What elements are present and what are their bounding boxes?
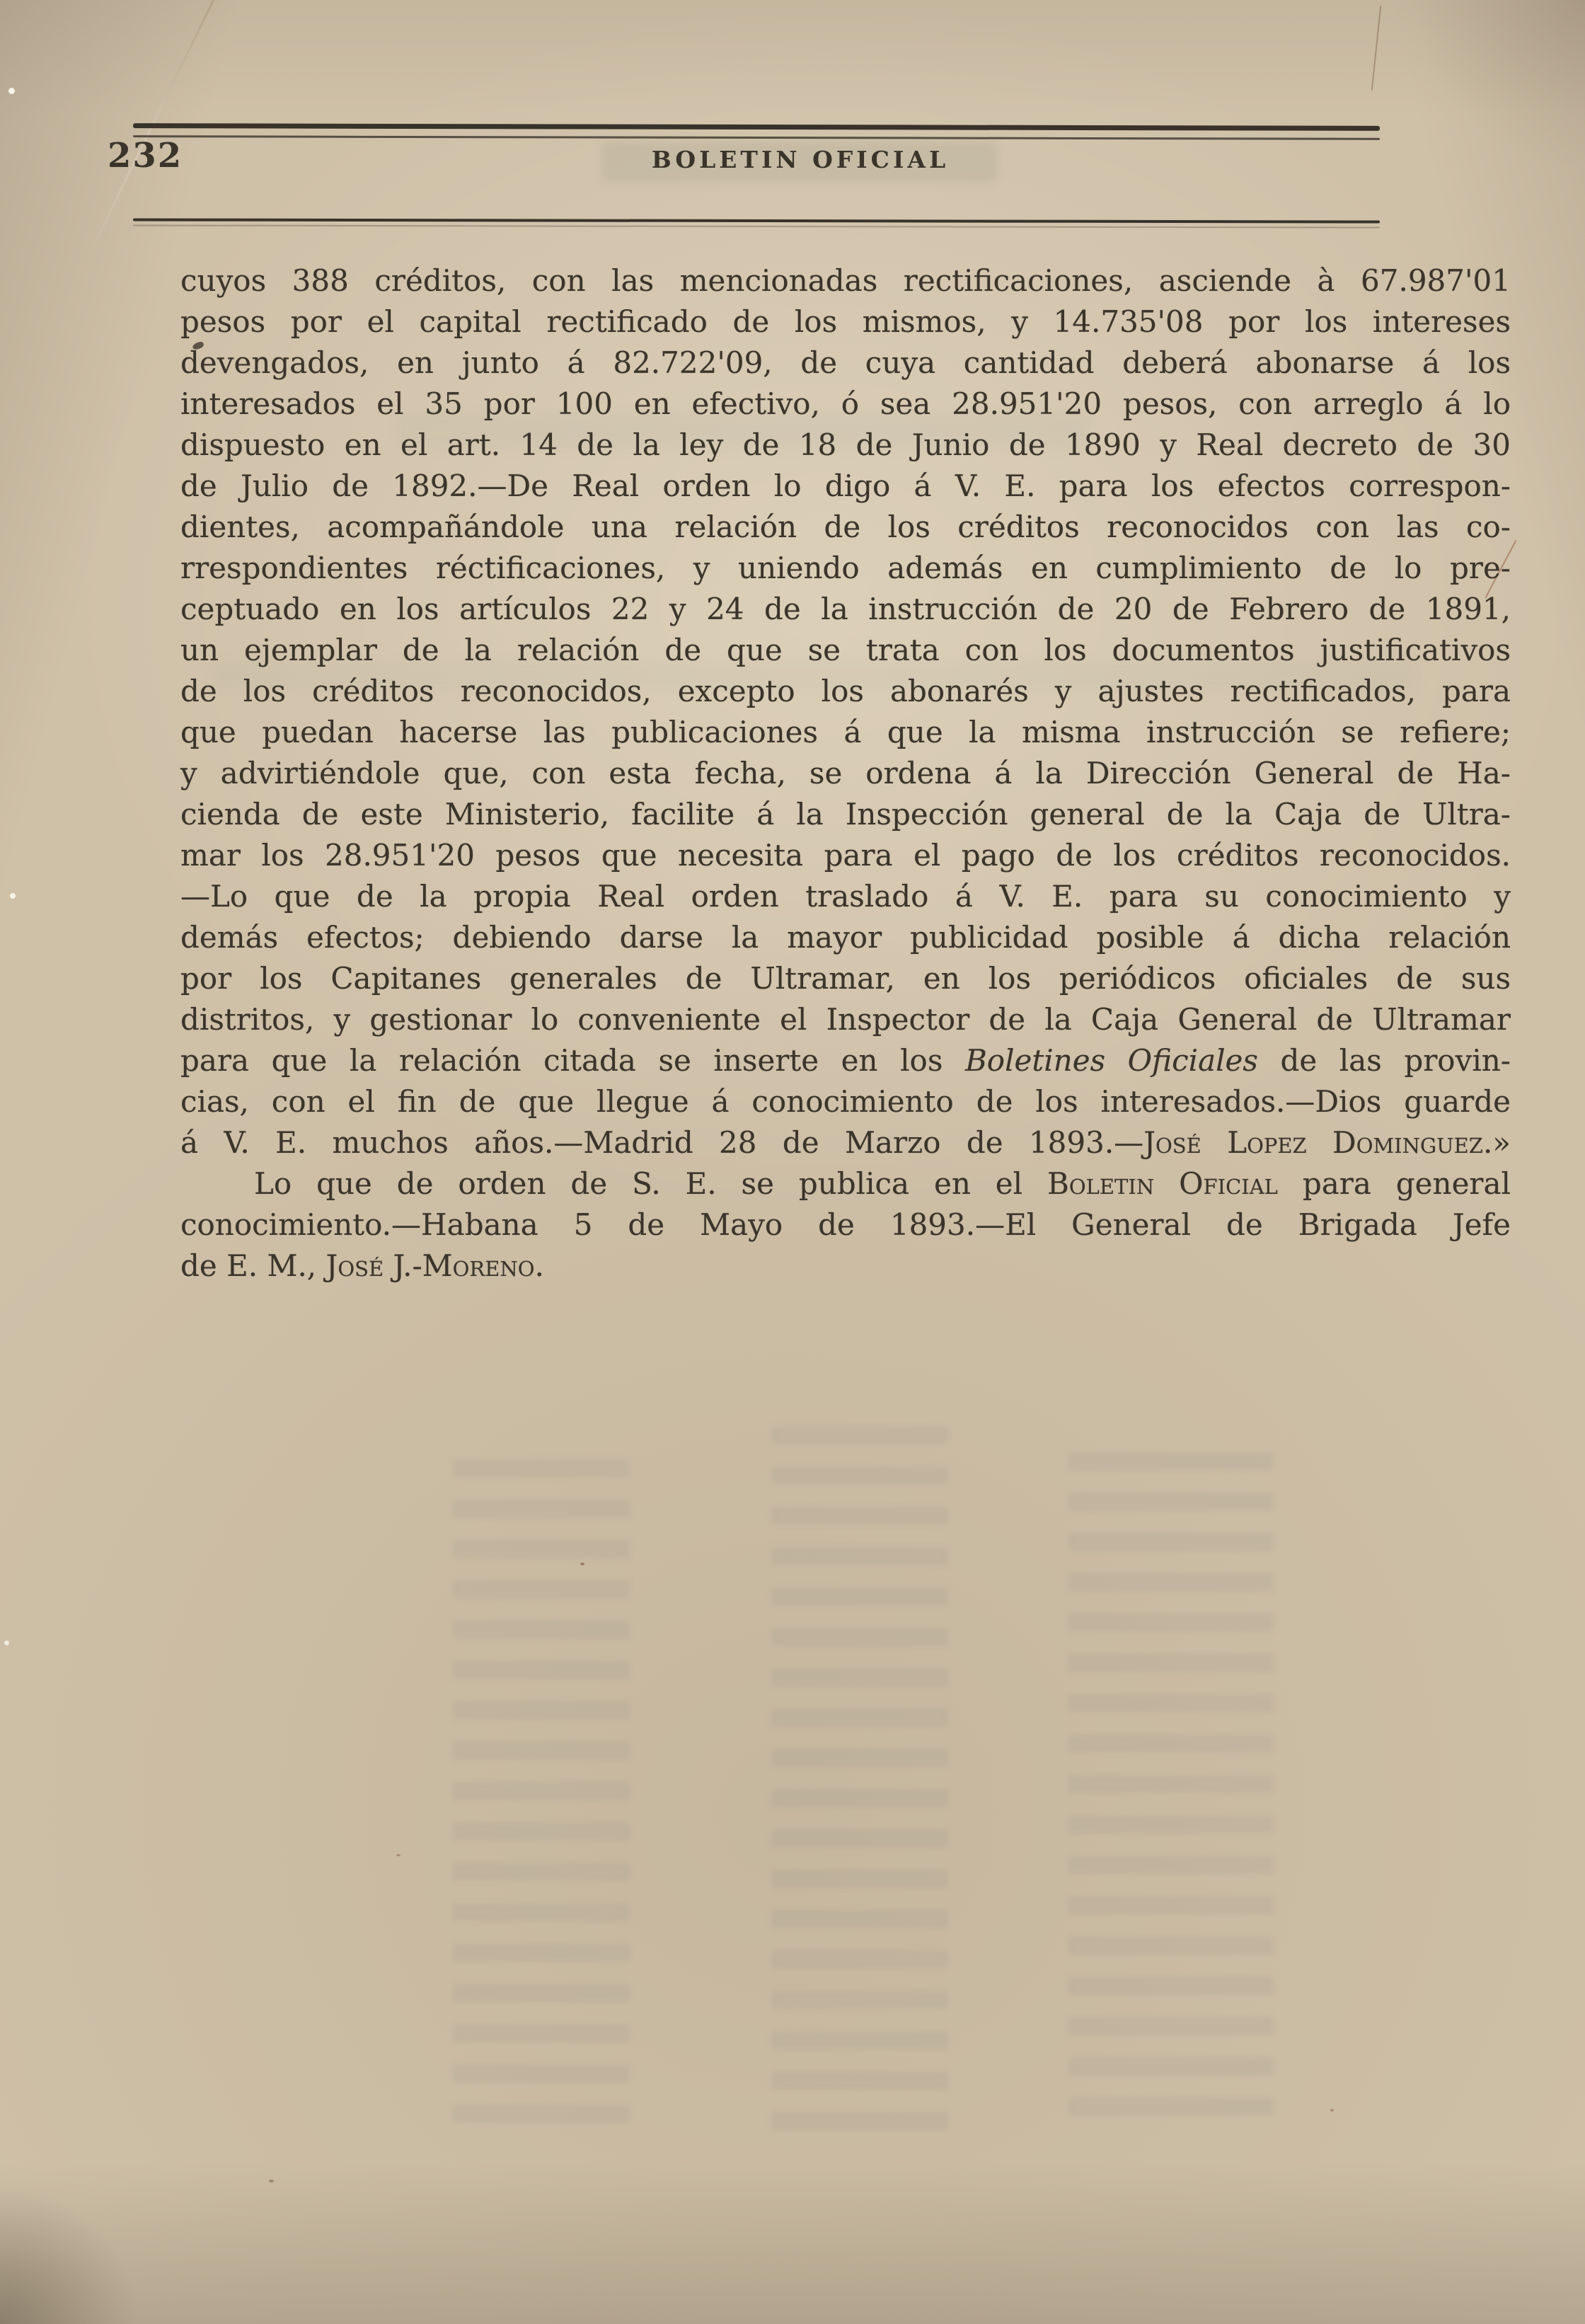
text-line: mar los 28.951'20 pesos que necesita par…: [180, 835, 1511, 876]
text-line: por los Capitanes generales de Ultramar,…: [180, 958, 1511, 999]
text-line: un ejemplar de la relación de que se tra…: [180, 630, 1511, 671]
header-rule-bottom-faint: [133, 224, 1380, 228]
text-line: de E. M., José J.-Moreno.: [180, 1246, 1511, 1287]
paper-speck: [1330, 2109, 1334, 2112]
text-line: de los créditos reconocidos, excepto los…: [180, 671, 1511, 712]
scanned-page: 232 BOLETIN OFICIAL cuyos 388 créditos, …: [0, 0, 1585, 2324]
text-line: —Lo que de la propia Real orden traslado…: [180, 876, 1511, 917]
text-line: cuyos 388 créditos, con las mencionadas …: [180, 260, 1511, 301]
reverse-side-show-through: [771, 1422, 948, 2130]
text-line: demás efectos; debiendo darse la mayor p…: [180, 917, 1511, 958]
text-line: á V. E. muchos años.—Madrid 28 de Marzo …: [180, 1122, 1511, 1163]
journal-title: BOLETIN OFICIAL: [177, 146, 1424, 173]
text-line: que puedan hacerse las publicaciones á q…: [180, 712, 1511, 753]
text-line: dientes, acompañándole una relación de l…: [180, 507, 1511, 548]
text-line: distritos, y gestionar lo conveniente el…: [180, 999, 1511, 1040]
text-line: ceptuado en los artículos 22 y 24 de la …: [180, 589, 1511, 630]
reverse-side-show-through: [1068, 1437, 1274, 2116]
paper-crease: [85, 0, 220, 263]
paper-speck: [269, 2180, 274, 2182]
text-line: interesados el 35 por 100 en efectivo, ó…: [180, 384, 1511, 425]
text-line: Lo que de orden de S. E. se publica en e…: [180, 1163, 1511, 1204]
header-rule-top-thick: [133, 123, 1380, 131]
paper-speck: [10, 893, 16, 899]
paper-speck: [4, 1640, 9, 1645]
header-rule-top-thin: [133, 135, 1380, 140]
text-line: pesos por el capital rectificado de los …: [180, 301, 1511, 343]
header-rule-bottom: [133, 218, 1380, 223]
reverse-side-show-through: [453, 1444, 630, 2123]
text-line: cienda de este Ministerio, facilite á la…: [180, 794, 1511, 835]
paper-speck: [396, 1854, 400, 1856]
text-line: cias, con el fin de que llegue á conocim…: [180, 1081, 1511, 1122]
paper-speck: [8, 88, 15, 94]
body-text: cuyos 388 créditos, con las mencionadas …: [180, 260, 1511, 1287]
text-line: devengados, en junto á 82.722'09, de cuy…: [180, 343, 1511, 384]
text-line: conocimiento.—Habana 5 de Mayo de 1893.—…: [180, 1204, 1511, 1246]
text-line: y advirtiéndole que, con esta fecha, se …: [180, 753, 1511, 794]
text-line: de Julio de 1892.—De Real orden lo digo …: [180, 466, 1511, 507]
text-line: dispuesto en el art. 14 de la ley de 18 …: [180, 425, 1511, 466]
text-line: rrespondientes réctificaciones, y uniend…: [180, 548, 1511, 589]
paper-speck: [580, 1563, 584, 1565]
paper-scratch: [1371, 6, 1382, 91]
page-number: 232: [108, 136, 183, 176]
text-line: para que la relación citada se inserte e…: [180, 1040, 1511, 1081]
